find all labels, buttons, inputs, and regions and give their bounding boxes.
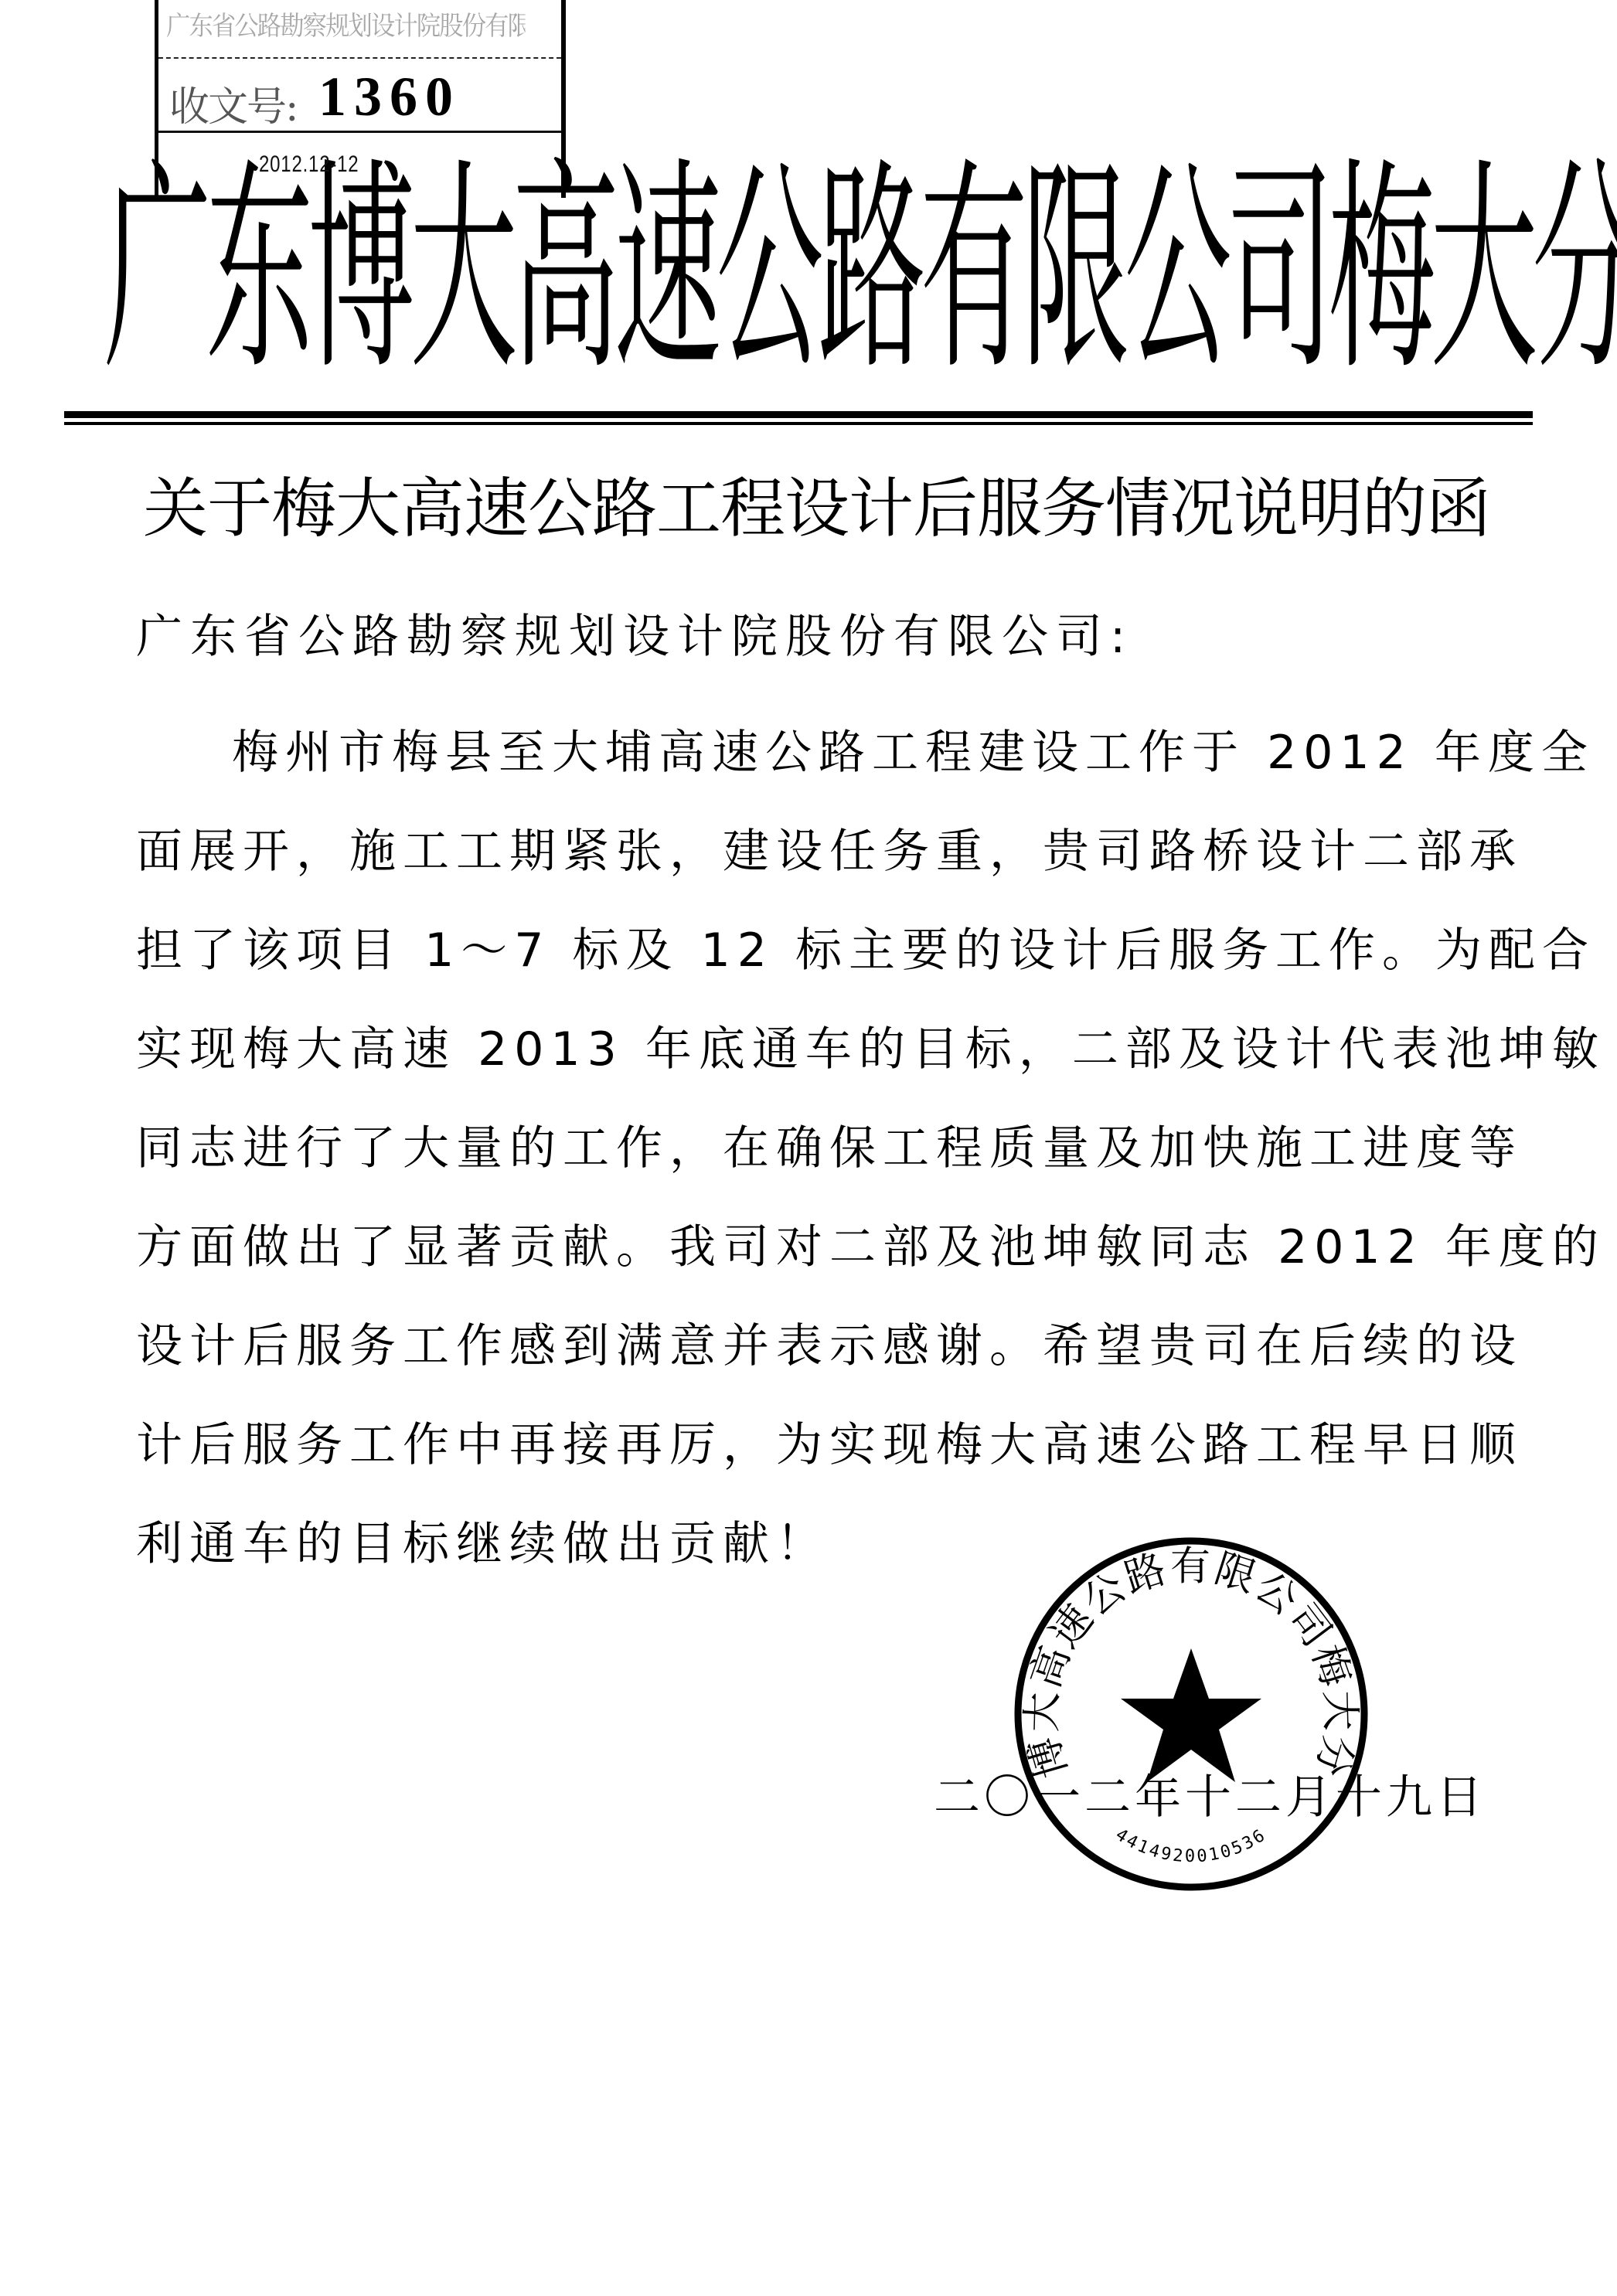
official-seal: 广东博大高速公路有限公司梅大分公司 4414920010536 xyxy=(1013,1536,1370,1892)
receipt-row-number: 收文号: 1360 xyxy=(158,60,561,133)
seal-code: 4414920010536 xyxy=(1112,1825,1271,1867)
svg-text:4414920010536: 4414920010536 xyxy=(1112,1825,1271,1867)
receipt-row-organization: 广东省公路勘察规划设计院股份有限公司 xyxy=(158,0,561,59)
receipt-number-label: 收文号: xyxy=(169,74,298,132)
body-line: 面展开，施工工期紧张，建设任务重，贵司路桥设计二部承 xyxy=(136,802,1504,901)
letterhead-char: 限 xyxy=(1022,158,1071,383)
letterhead-char: 梅 xyxy=(1328,158,1377,383)
letterhead-char: 东 xyxy=(206,158,254,383)
body-line: 梅州市梅县至大埔高速公路工程建设工作于 2012 年度全 xyxy=(136,703,1504,802)
letterhead-char: 路 xyxy=(818,158,866,383)
letterhead-char: 大 xyxy=(410,158,458,383)
receipt-number: 1360 xyxy=(318,65,461,129)
letterhead-char: 速 xyxy=(614,158,662,383)
letterhead-rule-thin xyxy=(64,422,1533,425)
star-icon xyxy=(1121,1648,1261,1782)
letterhead-company-name: 广 东 博 大 高 速 公 路 有 限 公 司 梅 大 分 公 司 xyxy=(77,158,1523,383)
letterhead-char: 司 xyxy=(1226,158,1275,383)
receipt-organization: 广东省公路勘察规划设计院股份有限公司 xyxy=(166,5,526,43)
document-title: 关于梅大高速公路工程设计后服务情况说明的函 xyxy=(143,470,1503,547)
letterhead-char: 高 xyxy=(512,158,560,383)
letterhead-char: 大 xyxy=(1430,158,1479,383)
letterhead-char: 博 xyxy=(308,158,356,383)
body-line: 担了该项目 1～7 标及 12 标主要的设计后服务工作。为配合 xyxy=(136,901,1504,1000)
body-line: 实现梅大高速 2013 年底通车的目标，二部及设计代表池坤敏 xyxy=(136,1000,1504,1099)
body-line: 计后服务工作中再接再厉，为实现梅大高速公路工程早日顺 xyxy=(136,1396,1504,1495)
letterhead-char: 公 xyxy=(716,158,764,383)
body-line: 设计后服务工作感到满意并表示感谢。希望贵司在后续的设 xyxy=(136,1297,1504,1396)
letterhead-char: 广 xyxy=(104,158,152,383)
letterhead-char: 公 xyxy=(1124,158,1173,383)
body-paragraph: 梅州市梅县至大埔高速公路工程建设工作于 2012 年度全 面展开，施工工期紧张，… xyxy=(136,703,1504,1594)
salutation: 广东省公路勘察规划设计院股份有限公司: xyxy=(136,607,1133,666)
letter-page: 广东省公路勘察规划设计院股份有限公司 收文号: 1360 2012.12-12 … xyxy=(0,0,1617,2296)
receipt-date: 2012.12-12 xyxy=(259,151,359,178)
body-line: 方面做出了显著贡献。我司对二部及池坤敏同志 2012 年度的 xyxy=(136,1198,1504,1297)
letterhead-rule-thick xyxy=(64,411,1533,418)
letterhead-char: 有 xyxy=(920,158,968,383)
letterhead-char: 分 xyxy=(1532,158,1581,383)
body-line: 同志进行了大量的工作，在确保工程质量及加快施工进度等 xyxy=(136,1099,1504,1198)
